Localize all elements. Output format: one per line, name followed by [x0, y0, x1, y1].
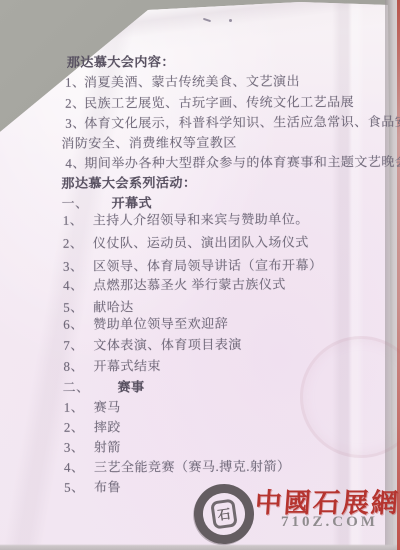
- item-number: 1、: [64, 397, 94, 416]
- opening-item: 7、文体表演、体育项目表演: [63, 334, 242, 354]
- item-text: 体育文化展示，科普科学知识、生活应急常识、食品安全、: [84, 114, 400, 131]
- item-text: 点燃那达慕圣火 举行蒙古族仪式: [93, 277, 286, 293]
- item-number: 3、: [65, 113, 84, 132]
- event-item: 2、摔跤: [64, 416, 121, 435]
- item-text: 民族工艺展览、古玩字画、传统文化工艺品展: [84, 94, 354, 110]
- item-number: 3、: [64, 437, 94, 456]
- content-item: 1、消夏美酒、蒙古传统美食、文艺演出: [65, 70, 300, 90]
- item-number: 5、: [64, 477, 94, 496]
- content-item: 4、期间举办各种大型群众参与的体育赛事和主题文艺晚会: [65, 151, 400, 172]
- item-text: 区领导、体育局领导讲话（宣布开幕）: [93, 257, 323, 273]
- opening-item: 1、主持人介绍领导和来宾与赞助单位。: [63, 208, 309, 228]
- item-text: 摔跤: [94, 419, 121, 434]
- item-number: 2、: [65, 93, 84, 112]
- item-text: 献哈达: [93, 299, 134, 314]
- item-number: 1、: [65, 72, 84, 91]
- part-number: 二、: [63, 376, 118, 395]
- content-item: 3、体育文化展示，科普科学知识、生活应急常识、食品安全、: [65, 111, 400, 132]
- opening-item: 3、区领导、体育局领导讲话（宣布开幕）: [63, 254, 323, 274]
- content-item-wrap: 消防安全、消费维权等宣教区: [61, 132, 237, 152]
- opening-item: 6、赞助单位领导至欢迎辞: [63, 313, 228, 333]
- item-text: 文体表演、体育项目表演: [93, 337, 242, 353]
- item-text: 仪仗队、运动员、演出团队入场仪式: [93, 234, 309, 250]
- item-number: 4、: [63, 275, 93, 294]
- item-number: 7、: [63, 335, 93, 354]
- item-text: 三艺全能竞赛（赛马.搏克.射箭）: [94, 459, 291, 475]
- section-heading-series: 那达慕大会系列活动：: [61, 172, 196, 192]
- item-text: 消夏美酒、蒙古传统美食、文艺演出: [84, 73, 300, 89]
- item-number: 3、: [63, 256, 93, 275]
- event-item: 4、三艺全能竞赛（赛马.搏克.射箭）: [64, 456, 291, 476]
- event-item: 3、射箭: [64, 436, 121, 455]
- event-item: 1、赛马: [64, 396, 121, 415]
- part-heading-events: 二、赛事: [63, 376, 145, 395]
- section-heading-contents: 那达慕大会内容：: [67, 51, 175, 71]
- document-text: 那达慕大会内容： 1、消夏美酒、蒙古传统美食、文艺演出 2、民族工艺展览、古玩字…: [0, 0, 400, 550]
- scanned-document-photo: 那达慕大会内容： 1、消夏美酒、蒙古传统美食、文艺演出 2、民族工艺展览、古玩字…: [0, 0, 400, 550]
- opening-item: 8、开幕式结束: [63, 355, 161, 375]
- item-number: 2、: [63, 233, 93, 252]
- opening-item: 4、点燃那达慕圣火 举行蒙古族仪式: [63, 274, 286, 294]
- part-title: 赛事: [118, 379, 145, 394]
- item-text: 赞助单位领导至欢迎辞: [93, 316, 228, 332]
- item-number: 4、: [64, 457, 94, 476]
- opening-item: 2、仪仗队、运动员、演出团队入场仪式: [63, 231, 309, 251]
- item-text: 射箭: [94, 439, 121, 454]
- item-text: 开幕式结束: [93, 358, 161, 373]
- content-item: 2、民族工艺展览、古玩字画、传统文化工艺品展: [65, 91, 354, 112]
- item-number: 1、: [63, 210, 93, 229]
- item-number: 6、: [63, 314, 93, 333]
- item-number: 2、: [64, 417, 94, 436]
- item-text: 赛马: [94, 399, 121, 414]
- part-title: 开幕式: [112, 195, 153, 210]
- item-number: 8、: [63, 356, 93, 375]
- item-text: 主持人介绍领导和来宾与赞助单位。: [93, 211, 309, 227]
- item-text: 布鲁: [94, 479, 121, 494]
- item-text: 期间举办各种大型群众参与的体育赛事和主题文艺晚会: [84, 154, 400, 171]
- item-number: 4、: [65, 153, 84, 172]
- event-item: 5、布鲁: [64, 476, 121, 495]
